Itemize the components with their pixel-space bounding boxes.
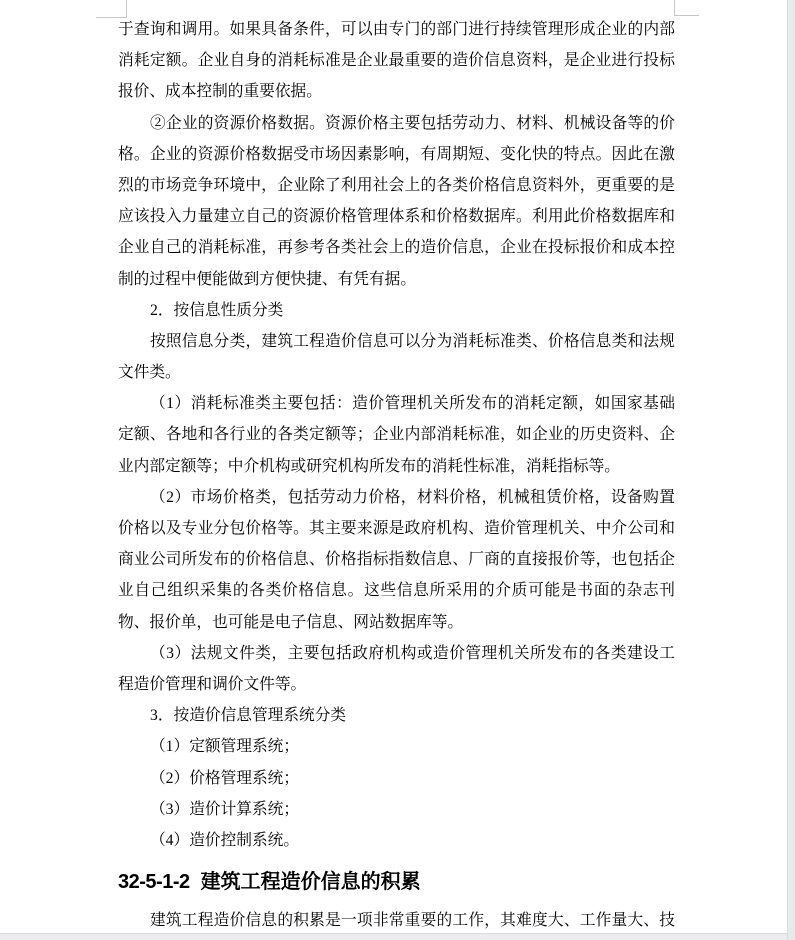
- text-line: 文件类。: [118, 357, 675, 388]
- section-heading-number: 32-5-1-2: [118, 871, 190, 893]
- text-line: 业自己组织采集的各类价格信息。这些信息所采用的介质可能是书面的杂志刊: [118, 575, 675, 606]
- text-line: 物、报价单，也可能是电子信息、网站数据库等。: [118, 607, 675, 638]
- text-line: 建筑工程造价信息的积累是一项非常重要的工作，其难度大、工作量大、技: [118, 905, 675, 936]
- text-line: （4）造价控制系统。: [118, 825, 675, 856]
- text-area: 于查询和调用。如果具备条件，可以由专门的部门进行持续管理形成企业的内部消耗定额。…: [118, 14, 675, 936]
- document-page: 于查询和调用。如果具备条件，可以由专门的部门进行持续管理形成企业的内部消耗定额。…: [0, 0, 795, 940]
- text-line: 按照信息分类，建筑工程造价信息可以分为消耗标准类、价格信息类和法规: [118, 326, 675, 357]
- text-line: 报价、成本控制的重要依据。: [118, 76, 675, 107]
- text-line: 业内部定额等；中介机构或研究机构所发布的消耗性标准，消耗指标等。: [118, 451, 675, 482]
- text-line: 定额、各地和各行业的各类定额等；企业内部消耗标准，如企业的历史资料、企: [118, 419, 675, 450]
- text-line: 程造价管理和调价文件等。: [118, 669, 675, 700]
- text-line: （3）法规文件类，主要包括政府机构或造价管理机关所发布的各类建设工: [118, 638, 675, 669]
- page-edge-right: [787, 0, 795, 940]
- text-line: 商业公司所发布的价格信息、价格指标指数信息、厂商的直接报价等，也包括企: [118, 544, 675, 575]
- text-line: 格。企业的资源价格数据受市场因素影响，有周期短、变化快的特点。因此在激: [118, 139, 675, 170]
- text-line: 应该投入力量建立自己的资源价格管理体系和价格数据库。利用此价格数据库和: [118, 201, 675, 232]
- text-line: 于查询和调用。如果具备条件，可以由专门的部门进行持续管理形成企业的内部: [118, 14, 675, 45]
- text-line: 消耗定额。企业自身的消耗标准是企业最重要的造价信息资料，是企业进行投标: [118, 45, 675, 76]
- text-line: 3．按造价信息管理系统分类: [118, 700, 675, 731]
- text-line: （3）造价计算系统；: [118, 794, 675, 825]
- text-line: （2）价格管理系统；: [118, 763, 675, 794]
- text-line: （1）定额管理系统；: [118, 731, 675, 762]
- page-edge-bottom: [0, 933, 787, 940]
- margin-crop-mark-top-right: [674, 0, 699, 16]
- text-line: 价格以及专业分包价格等。其主要来源是政府机构、造价管理机关、中介公司和: [118, 513, 675, 544]
- text-line: ②企业的资源价格数据。资源价格主要包括劳动力、材料、机械设备等的价: [118, 108, 675, 139]
- text-line: 制的过程中便能做到方便快捷、有凭有据。: [118, 264, 675, 295]
- section-heading-title: 建筑工程造价信息的积累: [201, 871, 421, 893]
- section-heading: 32-5-1-2建筑工程造价信息的积累: [118, 856, 675, 905]
- text-line: 2．按信息性质分类: [118, 295, 675, 326]
- text-line: 企业自己的消耗标准，再参考各类社会上的造价信息，企业在投标报价和成本控: [118, 232, 675, 263]
- text-line: （1）消耗标准类主要包括：造价管理机关所发布的消耗定额，如国家基础: [118, 388, 675, 419]
- text-line: 烈的市场竞争环境中，企业除了利用社会上的各类价格信息资料外，更重要的是: [118, 170, 675, 201]
- text-line: （2）市场价格类，包括劳动力价格，材料价格，机械租赁价格，设备购置: [118, 482, 675, 513]
